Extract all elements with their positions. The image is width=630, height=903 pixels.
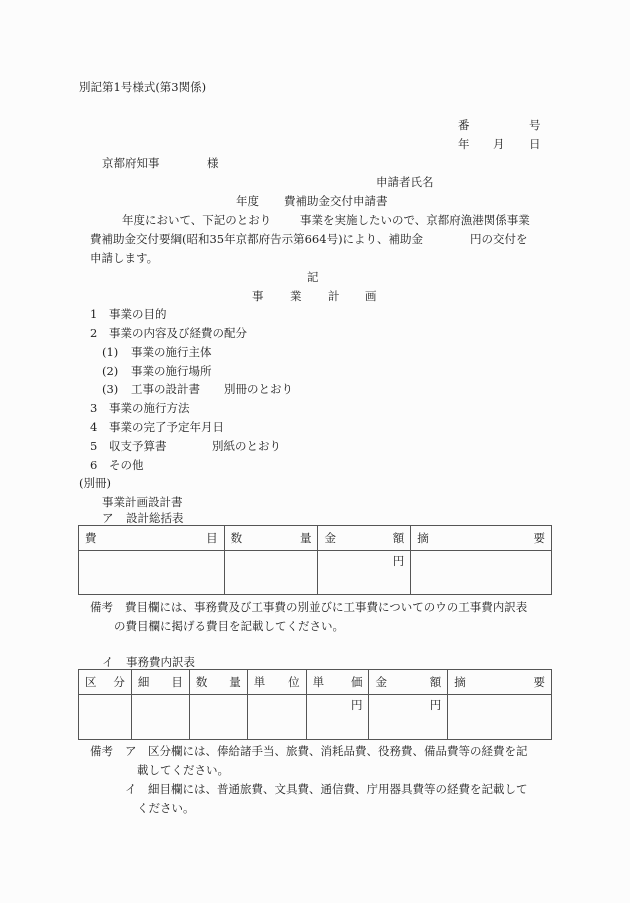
item-num: 1	[90, 307, 97, 321]
remark-line: の費目欄に掲げる費目を記載してください。	[114, 619, 344, 633]
header-quantity: 数量	[224, 526, 318, 551]
item-num: 5	[90, 439, 97, 453]
addressee: 京都府知事	[102, 156, 160, 170]
table2-caption: 事務費内訳表	[126, 655, 195, 669]
remark-label: 備考	[90, 744, 113, 758]
item-text: 事業の施行場所	[131, 364, 212, 378]
number-suffix: 号	[529, 118, 541, 132]
body-line2a: 費補助金交付要綱(昭和35年京都府告示第664号)により、補助金	[90, 232, 423, 246]
cell-summary[interactable]	[411, 551, 552, 595]
cell-amount[interactable]: 円	[318, 551, 411, 595]
cell-summary[interactable]	[448, 695, 552, 740]
item-text: 事業の施行主体	[131, 345, 212, 359]
header-cost-item: 費目	[79, 526, 225, 551]
header-unit-price: 単価	[306, 670, 369, 695]
table1-caption: 設計総括表	[126, 511, 184, 525]
header-amount: 金額	[318, 526, 411, 551]
remark-line: 費目欄には、事務費及び工事費の別並びに工事費についてのウの工事費内訳表	[125, 600, 527, 614]
design-doc-title: 事業計画設計書	[102, 495, 183, 509]
header-summary: 摘要	[448, 670, 552, 695]
date-year: 年	[458, 137, 470, 151]
remark-line: 区分欄には、俸給諸手当、旅費、消耗品費、役務費、備品費等の経費を記	[148, 744, 528, 758]
item-text: 事業の目的	[109, 307, 167, 321]
item-num: (3)	[102, 382, 118, 396]
item-num: 3	[90, 401, 97, 415]
date-day: 日	[529, 137, 541, 151]
cell-category[interactable]	[79, 695, 132, 740]
header-category: 区分	[79, 670, 132, 695]
item-note: 別冊のとおり	[224, 382, 293, 396]
plan-heading-1: 事	[252, 289, 264, 303]
remark-line: ください。	[137, 801, 195, 815]
header-amount: 金額	[369, 670, 448, 695]
item-text: 事業の完了予定年月日	[109, 420, 224, 434]
header-quantity: 数量	[189, 670, 247, 695]
date-month: 月	[493, 137, 505, 151]
cell-amount[interactable]: 円	[369, 695, 448, 740]
cell-unit-price[interactable]: 円	[306, 695, 369, 740]
plan-heading-2: 業	[290, 289, 302, 303]
form-label: 別記第1号様式(第3関係)	[79, 80, 206, 94]
table1-caption-mark: ア	[102, 511, 114, 525]
ki-heading: 記	[307, 270, 319, 284]
title-year: 年度	[236, 194, 259, 208]
item-text: 収支予算書	[109, 439, 167, 453]
cell-quantity[interactable]	[189, 695, 247, 740]
remark-line: 細目欄には、普通旅費、文具費、通信費、庁用器具費等の経費を記載して	[148, 782, 528, 796]
item-text: その他	[109, 458, 144, 472]
plan-heading-4: 画	[365, 289, 377, 303]
remark-line: 載してください。	[137, 763, 229, 777]
header-summary: 摘要	[411, 526, 552, 551]
cell-quantity[interactable]	[224, 551, 318, 595]
plan-heading-3: 計	[328, 289, 340, 303]
item-num: (1)	[102, 345, 118, 359]
cell-unit[interactable]	[247, 695, 306, 740]
body-line2b: 円の交付を	[470, 232, 528, 246]
cell-subitem[interactable]	[131, 695, 189, 740]
remark-label: 備考	[90, 600, 113, 614]
item-note: 別紙のとおり	[212, 439, 281, 453]
remark-mark: ア	[125, 744, 137, 758]
item-text: 事業の施行方法	[109, 401, 190, 415]
document-title: 費補助金交付申請書	[284, 194, 388, 208]
remark-mark: イ	[125, 782, 137, 796]
applicant-name-label: 申請者氏名	[376, 175, 434, 189]
addressee-honorific: 様	[207, 156, 219, 170]
office-expense-table: 区分 細目 数量 単位 単価 金額 摘要 円 円	[78, 669, 552, 740]
number-label: 番	[458, 118, 470, 132]
appendix-label: (別冊)	[79, 476, 111, 490]
design-summary-table: 費目 数量 金額 摘要 円	[78, 525, 552, 595]
table2-caption-mark: イ	[102, 655, 114, 669]
item-num: 2	[90, 326, 97, 340]
cell-cost-item[interactable]	[79, 551, 225, 595]
body-line1a: 年度において、下記のとおり	[122, 213, 271, 227]
header-subitem: 細目	[131, 670, 189, 695]
body-line3: 申請します。	[90, 251, 158, 265]
item-text: 事業の内容及び経費の配分	[109, 326, 247, 340]
item-num: 4	[90, 420, 97, 434]
body-line1b: 事業を実施したいので、京都府漁港関係事業	[300, 213, 530, 227]
item-num: (2)	[102, 364, 118, 378]
item-num: 6	[90, 458, 97, 472]
item-text: 工事の設計書	[131, 382, 200, 396]
header-unit: 単位	[247, 670, 306, 695]
